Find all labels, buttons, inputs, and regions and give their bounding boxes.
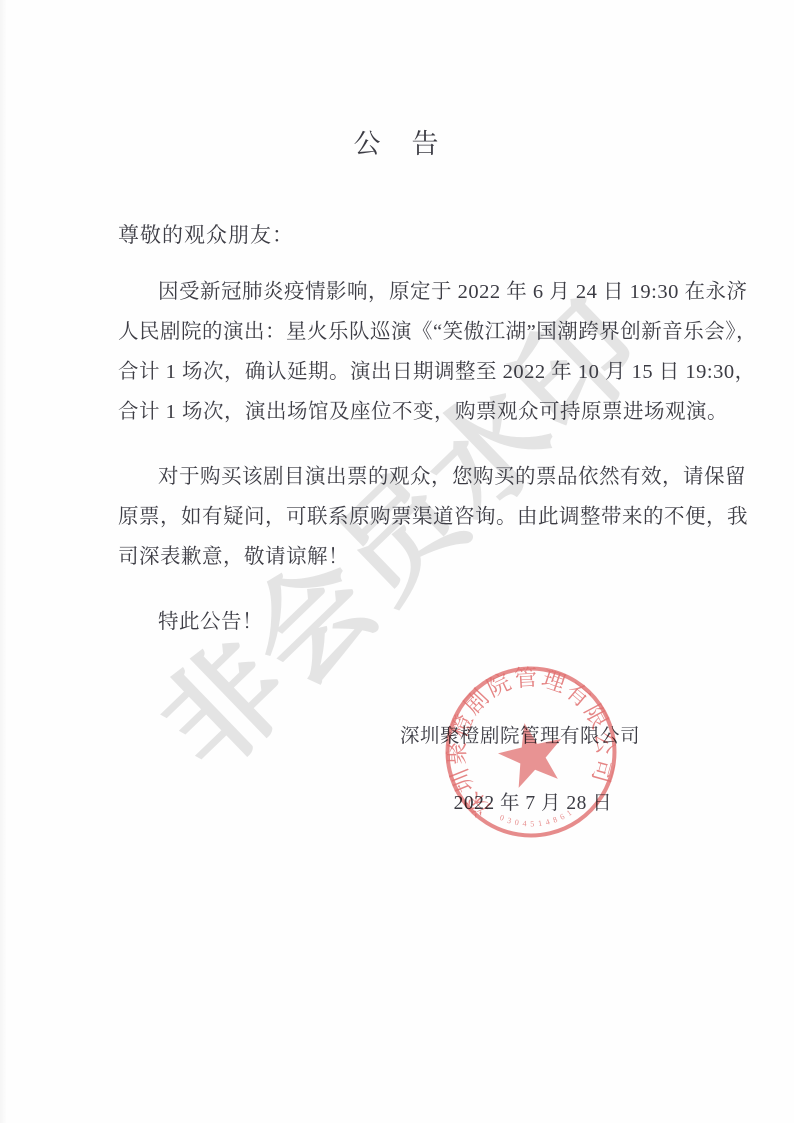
text-line: 人民剧院的演出：星火乐队巡演《“笑傲江湖”国潮跨界创新音乐会》， bbox=[118, 312, 757, 352]
scan-edge-artifact bbox=[0, 0, 7, 1123]
page-title: 公 告 bbox=[0, 126, 794, 162]
seal-star-icon bbox=[493, 716, 570, 791]
text-line: 合计 1 场次，确认延期。演出日期调整至 2022 年 10 月 15 日 19… bbox=[118, 352, 757, 392]
text-line: 对于购买该剧目演出票的观众，您购买的票品依然有效，请保留 bbox=[118, 457, 748, 497]
paragraph-ticket-validity: 对于购买该剧目演出票的观众，您购买的票品依然有效，请保留 原票，如有疑问，可联系… bbox=[118, 457, 748, 577]
salutation: 尊敬的观众朋友： bbox=[118, 215, 294, 255]
closing-line: 特此公告！ bbox=[118, 602, 263, 642]
paragraph-postponement: 因受新冠肺炎疫情影响，原定于 2022 年 6 月 24 日 19:30 在永济… bbox=[118, 272, 757, 432]
text-line: 因受新冠肺炎疫情影响，原定于 2022 年 6 月 24 日 19:30 在永济 bbox=[118, 272, 757, 312]
company-seal-stamp: 深圳聚橙剧院管理有限公司 0304514861 bbox=[425, 646, 636, 857]
text-line: 原票，如有疑问，可联系原购票渠道咨询。由此调整带来的不便，我 bbox=[118, 497, 748, 537]
text-line: 特此公告！ bbox=[118, 602, 263, 642]
announcement-page: 非会员水印 公 告 尊敬的观众朋友： 因受新冠肺炎疫情影响，原定于 2022 年… bbox=[0, 0, 794, 1123]
text-line: 司深表歉意，敬请谅解！ bbox=[118, 537, 748, 577]
text-line: 合计 1 场次，演出场馆及座位不变，购票观众可持原票进场观演。 bbox=[118, 392, 757, 432]
